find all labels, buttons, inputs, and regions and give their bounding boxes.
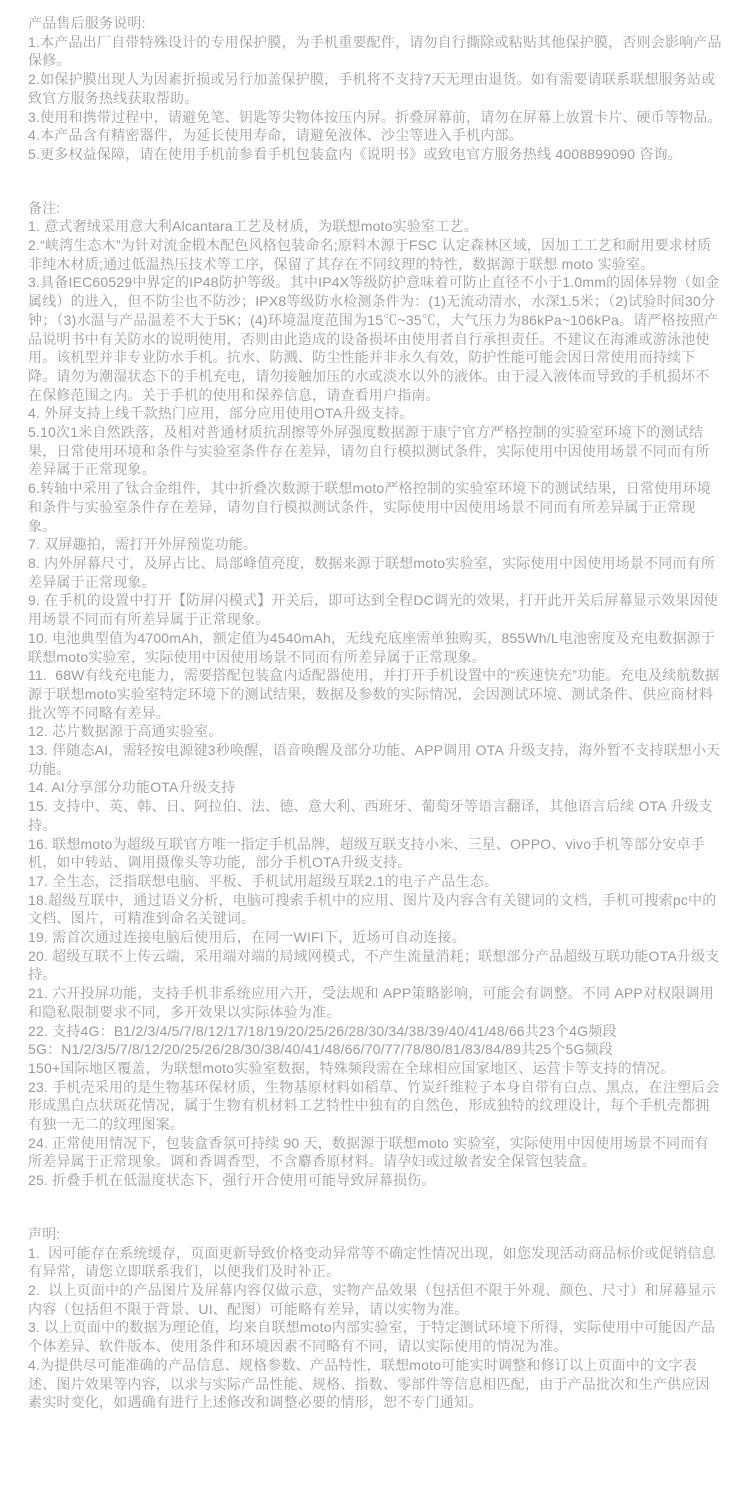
note-line: 2.“峡湾生态木”为针对流金椴木配色风格包装命名;原料木源于FSC 认定森林区域…: [28, 236, 722, 273]
after-sales-section: 产品售后服务说明: 1.本产品出厂自带特殊设计的专用保护膜，为手机重要配件，请勿…: [28, 14, 722, 164]
note-line: 4.本产品含有精密器件，为延长使用寿命，请避免液体、沙尘等进入手机内部。: [28, 126, 722, 145]
note-line: 23. 手机壳采用的是生物基环保材质，生物基原材料如稻草、竹炭纤维粒子本身自带有…: [28, 1078, 722, 1134]
note-line: 1.本产品出厂自带特殊设计的专用保护膜，为手机重要配件，请勿自行撕除或粘贴其他保…: [28, 33, 722, 70]
note-line: 15. 支持中、英、韩、日、阿拉伯、法、德、意大利、西班牙、葡萄牙等语言翻译，其…: [28, 797, 722, 834]
product-detail-notes-page: { "page": { "background": "#ffffff", "te…: [0, 0, 750, 1502]
note-line: 12. 芯片数据源于高通实验室。: [28, 722, 722, 741]
note-line: 7. 双屏趣拍，需打开外屏预览功能。: [28, 535, 722, 554]
note-line: 1. 意式奢绒采用意大利Alcantara工艺及材质，为联想moto实验室工艺。: [28, 217, 722, 236]
note-line: 11. 68W有线充电能力，需要搭配包装盒内适配器使用，并打开手机设置中的“疾速…: [28, 666, 722, 722]
note-line: 3. 以上页面中的数据为理论值，均来自联想moto内部实验室，于特定测试环境下所…: [28, 1318, 722, 1355]
note-line: 5.更多权益保障，请在使用手机前参看手机包装盒内《说明书》或致电官方服务热线 4…: [28, 145, 722, 164]
notes-content: 产品售后服务说明: 1.本产品出厂自带特殊设计的专用保护膜，为手机重要配件，请勿…: [0, 0, 750, 1502]
note-line: 21. 六开投屏功能，支持手机非系统应用六开，受法规和 APP策略影响，可能会有…: [28, 984, 722, 1021]
note-line: 5.10次1米自然跌落，及相对普通材质抗刮擦等外屏强度数据源于康宁官方严格控制的…: [28, 423, 722, 479]
note-line: 1. 因可能存在系统缓存，页面更新导致价格变动异常等不确定性情况出现，如您发现活…: [28, 1244, 722, 1281]
note-line: 5G：N1/2/3/5/7/8/12/20/25/26/28/30/38/40/…: [28, 1040, 722, 1059]
note-line: 17. 全生态，泛指联想电脑、平板、手机试用超级互联2.1的电子产品生态。: [28, 872, 722, 891]
note-line: 22. 支持4G：B1/2/3/4/5/7/8/12/17/18/19/20/2…: [28, 1022, 722, 1041]
remarks-heading: 备注:: [28, 199, 722, 218]
note-line: 13. 伴随态AI，需轻按电源键3秒唤醒，语音唤醒及部分功能、APP调用 OTA…: [28, 741, 722, 778]
note-line: 16. 联想moto为超级互联官方唯一指定手机品牌，超级互联支持小米、三星、OP…: [28, 835, 722, 872]
note-line: 4.为提供尽可能准确的产品信息、规格参数、产品特性，联想moto可能实时调整和修…: [28, 1356, 722, 1412]
note-line: 4. 外屏支持上线千款热门应用，部分应用使用OTA升级支持。: [28, 404, 722, 423]
remarks-section: 备注: 1. 意式奢绒采用意大利Alcantara工艺及材质，为联想moto实验…: [28, 199, 722, 1190]
note-line: 8. 内外屏幕尺寸，及屏占比、局部峰值亮度，数据来源于联想moto实验室，实际使…: [28, 554, 722, 591]
note-line: 18.超级互联中，通过语义分析，电脑可搜索手机中的应用、图片及内容含有关键词的文…: [28, 891, 722, 928]
note-line: 19. 需首次通过连接电脑后使用后，在同一WIFI下，近场可自动连接。: [28, 928, 722, 947]
note-line: 6.转轴中采用了钛合金组件，其中折叠次数源于联想moto严格控制的实验室环境下的…: [28, 479, 722, 535]
after-sales-heading: 产品售后服务说明:: [28, 14, 722, 33]
note-line: 2. 以上页面中的产品图片及屏幕内容仅做示意，实物产品效果（包括但不限于外观、颜…: [28, 1281, 722, 1318]
note-line: 3.具备IEC60529中界定的IP48防护等级。其中IP4X等级防护意味着可防…: [28, 273, 722, 404]
note-line: 14. AI分享部分功能OTA升级支持: [28, 778, 722, 797]
disclaimer-heading: 声明:: [28, 1225, 722, 1244]
note-line: 10. 电池典型值为4700mAh，额定值为4540mAh，无线充底座需单独购买…: [28, 629, 722, 666]
note-line: 150+国际地区覆盖，为联想moto实验室数据，特殊频段需在全球相应国家地区、运…: [28, 1059, 722, 1078]
after-sales-items: 1.本产品出厂自带特殊设计的专用保护膜，为手机重要配件，请勿自行撕除或粘贴其他保…: [28, 33, 722, 164]
disclaimer-items: 1. 因可能存在系统缓存，页面更新导致价格变动异常等不确定性情况出现，如您发现活…: [28, 1244, 722, 1412]
note-line: 24. 正常使用情况下，包装盒香氛可持续 90 天，数据源于联想moto 实验室…: [28, 1134, 722, 1171]
note-line: 20. 超级互联不上传云端，采用端对端的局域网模式，不产生流量消耗；联想部分产品…: [28, 947, 722, 984]
note-line: 3.使用和携带过程中，请避免笔、钥匙等尖物体按压内屏。折叠屏幕前，请勿在屏幕上放…: [28, 108, 722, 127]
note-line: 25. 折叠手机在低温度状态下，强行开合使用可能导致屏幕损伤。: [28, 1171, 722, 1190]
note-line: 2.如保护膜出现人为因素折损或另行加盖保护膜，手机将不支持7天无理由退货。如有需…: [28, 70, 722, 107]
remarks-items: 1. 意式奢绒采用意大利Alcantara工艺及材质，为联想moto实验室工艺。…: [28, 217, 722, 1190]
disclaimer-section: 声明: 1. 因可能存在系统缓存，页面更新导致价格变动异常等不确定性情况出现，如…: [28, 1225, 722, 1412]
note-line: 9. 在手机的设置中打开【防屏闪模式】开关后，即可达到全程DC调光的效果，打开此…: [28, 591, 722, 628]
